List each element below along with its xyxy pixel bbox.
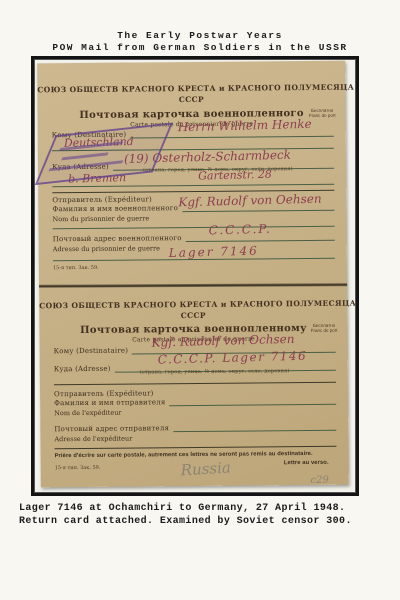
exhibit-title-line2: POW Mail from German Soldiers in the USS…	[0, 42, 400, 54]
card2-instruction-fr: Prière d'écrire sur carte postale, autre…	[55, 451, 313, 459]
card2-divider	[54, 381, 336, 385]
card2-sender-address-label-fr: Adresse de l'expéditeur	[54, 435, 132, 444]
caption-line2: Return card attached. Examined by Soviet…	[19, 516, 352, 529]
card1-address-value3: Gartenstr. 28	[198, 169, 272, 183]
card2-sender-name-rule	[170, 403, 337, 406]
card1-sender-name-rule	[182, 209, 334, 212]
card1-sender-name-label: Фамилия и имя военнопленного	[52, 204, 178, 213]
card2-free-frank: Бесплатно Franc de port	[311, 323, 338, 333]
card1-sender-name-label-fr: Nom du prisonnier de guerre	[52, 214, 149, 223]
card2-free-fr: Franc de port	[311, 328, 338, 333]
photo-frame: СОЮЗ ОБЩЕСТВ КРАСНОГО КРЕСТА и КРАСНОГО …	[31, 56, 359, 496]
card1-to-value: Herrn Wilhelm Henke	[178, 118, 312, 134]
card2-sender-label: Отправитель (Expéditeur)	[54, 389, 154, 398]
card2-to-value: Kgf. Rudolf von Ochsen	[151, 333, 294, 349]
card2-address-value: C.C.C.P. Lager 7146	[158, 350, 308, 366]
card2-org-line: СОЮЗ ОБЩЕСТВ КРАСНОГО КРЕСТА и КРАСНОГО …	[39, 299, 347, 311]
card1-divider2	[53, 225, 335, 229]
pencil-note-russia: Russia	[180, 458, 231, 479]
card2-to-label: Кому (Destinataire)	[54, 347, 129, 356]
card2-sender-address-label: Почтовый адрес отправителя	[54, 424, 169, 433]
card1-pow-address-label-fr: Adresse du prisonnier de guerre	[53, 244, 160, 253]
card2-sender-name-label-fr: Nom de l'expéditeur	[54, 409, 121, 418]
card2-address-hint: (страна, город, улица, № дома, округ, се…	[140, 368, 290, 375]
card2-instruction-fr2: Lettre au verso.	[284, 460, 329, 466]
pencil-note-c29: c29	[310, 475, 328, 486]
exhibit-page: The Early Postwar Years POW Mail from Ge…	[0, 0, 400, 600]
exhibit-title: The Early Postwar Years POW Mail from Ge…	[0, 30, 400, 54]
card1-print-note: 15-я тип. Зак. 59.	[53, 265, 99, 271]
card2-sender-name-label: Фамилия и имя отправителя	[54, 398, 165, 407]
card1-sender-name-value: Kgf. Rudolf von Oehsen	[178, 193, 322, 209]
card1-free-frank: Бесплатно Franc de port	[309, 108, 336, 118]
caption-line1: Lager 7146 at Ochamchiri to Germany, 27 …	[19, 503, 352, 516]
card1-sender-label: Отправитель (Expéditeur)	[52, 195, 152, 204]
card1-org-line2: СССР	[37, 94, 345, 106]
exhibit-caption: Lager 7146 at Ochamchiri to Germany, 27 …	[19, 503, 352, 528]
fold-crease	[39, 283, 347, 288]
card1-pow-address-value: C.C.C.P.	[208, 223, 271, 237]
card2-address-label: Куда (Adresse)	[54, 365, 111, 373]
card2-divider2	[55, 445, 337, 449]
card1-pow-address-label: Почтовый адрес военнопленного	[53, 234, 182, 243]
card1-pow-address-rule	[186, 239, 335, 242]
card2-sender-address-rule	[173, 429, 336, 432]
exhibit-title-line1: The Early Postwar Years	[0, 30, 400, 42]
card1-free-fr: Franc de port	[309, 113, 336, 118]
card1-pow-address-value2: Lager 7146	[169, 245, 259, 259]
card1-org-line: СОЮЗ ОБЩЕСТВ КРАСНОГО КРЕСТА и КРАСНОГО …	[37, 83, 345, 95]
postcard-scan: СОЮЗ ОБЩЕСТВ КРАСНОГО КРЕСТА и КРАСНОГО …	[37, 61, 349, 488]
card2-print-note: 15-я тип. Зак. 59.	[55, 465, 101, 471]
card2-org-line2: СССР	[39, 310, 347, 322]
